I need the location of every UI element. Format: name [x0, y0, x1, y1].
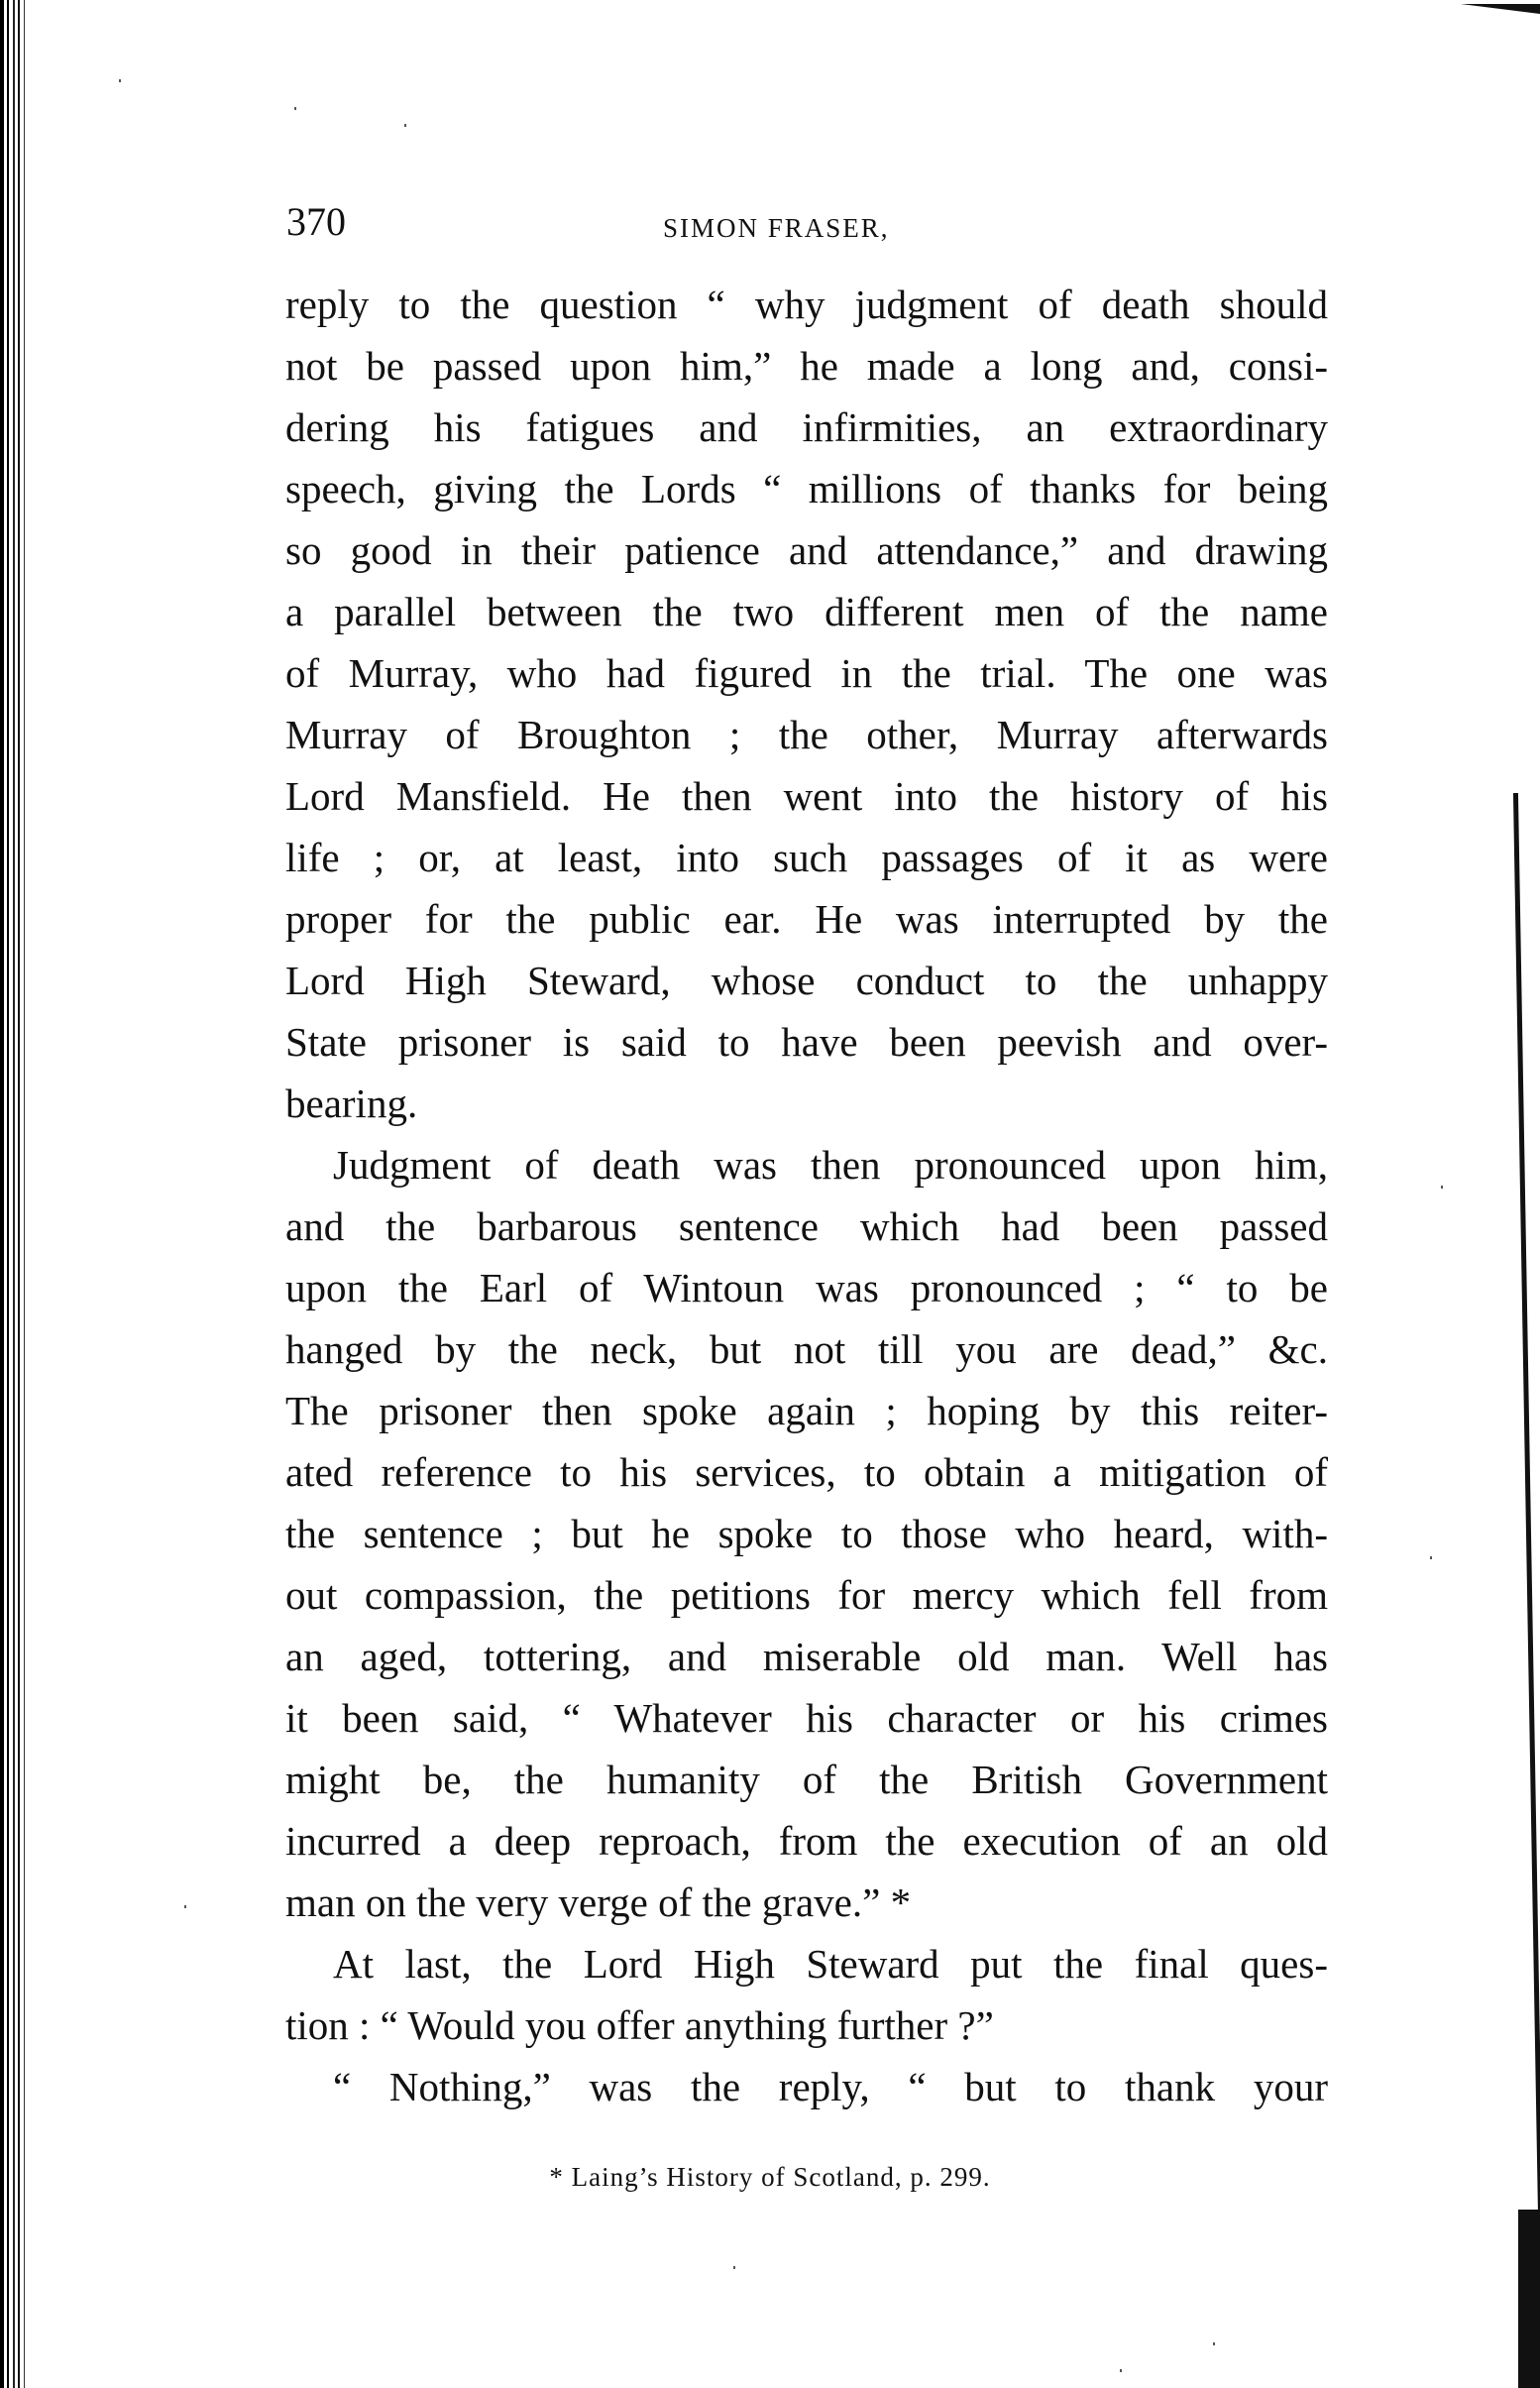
paragraph-start-line: Judgment of death was then pronounced up…: [285, 1134, 1328, 1195]
text-line: out compassion, the petitions for mercy …: [285, 1564, 1328, 1626]
text-line: so good in their patience and attendance…: [285, 519, 1328, 581]
text-line: the sentence ; but he spoke to those who…: [285, 1503, 1328, 1564]
text-line: dering his fatigues and infirmities, an …: [285, 397, 1328, 458]
paragraph-start-line: “ Nothing,” was the reply, “ but to than…: [285, 2056, 1328, 2117]
page-header: 370 SIMON FRASER,: [286, 194, 1327, 250]
footnote: * Laing’s History of Scotland, p. 299.: [0, 2157, 1540, 2197]
text-line: incurred a deep reproach, from the execu…: [285, 1810, 1328, 1872]
text-line: hanged by the neck, but not till you are…: [285, 1318, 1328, 1380]
text-line: of Murray, who had figured in the trial.…: [285, 642, 1328, 704]
page-corner-mark: [1461, 4, 1540, 14]
scan-speck: [733, 2266, 735, 2269]
text-line: it been said, “ Whatever his character o…: [285, 1687, 1328, 1749]
text-line: tion : “ Would you offer anything furthe…: [285, 1994, 1328, 2056]
scan-speck: [294, 107, 296, 110]
scan-speck: [1430, 1556, 1432, 1559]
paragraph-start-line: At last, the Lord High Steward put the f…: [285, 1933, 1328, 1994]
scan-speck: [119, 79, 121, 82]
body-text: reply to the question “ why judgment of …: [285, 274, 1328, 2117]
scan-speck: [1213, 2342, 1215, 2345]
text-line: and the barbarous sentence which had bee…: [285, 1195, 1328, 1257]
page-number: 370: [286, 194, 346, 250]
text-line: not be passed upon him,” he made a long …: [285, 335, 1328, 397]
book-binding-edge: [0, 0, 30, 2388]
text-line: life ; or, at least, into such passages …: [285, 827, 1328, 888]
text-line: proper for the public ear. He was interr…: [285, 888, 1328, 950]
text-line: a parallel between the two different men…: [285, 581, 1328, 642]
scan-speck: [1441, 1186, 1443, 1189]
scan-speck: [404, 124, 406, 127]
text-line: an aged, tottering, and miserable old ma…: [285, 1626, 1328, 1687]
text-line: Lord High Steward, whose conduct to the …: [285, 950, 1328, 1011]
footnote-reference-line: man on the very verge of the grave.” *: [285, 1872, 1328, 1933]
text-line: Murray of Broughton ; the other, Murray …: [285, 704, 1328, 765]
text-line: bearing.: [285, 1073, 1328, 1134]
scan-speck: [1120, 2369, 1122, 2372]
text-line: might be, the humanity of the British Go…: [285, 1749, 1328, 1810]
text-line: ated reference to his services, to obtai…: [285, 1441, 1328, 1503]
text-line: reply to the question “ why judgment of …: [285, 274, 1328, 335]
page-edge-right: [1513, 793, 1540, 2388]
text-line: upon the Earl of Wintoun was pronounced …: [285, 1257, 1328, 1318]
page-edge-shadow: [1518, 2210, 1540, 2388]
text-line: Lord Mansfield. He then went into the hi…: [285, 765, 1328, 827]
scan-speck: [184, 1905, 186, 1908]
text-line: speech, giving the Lords “ millions of t…: [285, 458, 1328, 519]
text-line: The prisoner then spoke again ; hoping b…: [285, 1380, 1328, 1441]
text-line: State prisoner is said to have been peev…: [285, 1011, 1328, 1073]
running-head: SIMON FRASER,: [663, 200, 890, 256]
